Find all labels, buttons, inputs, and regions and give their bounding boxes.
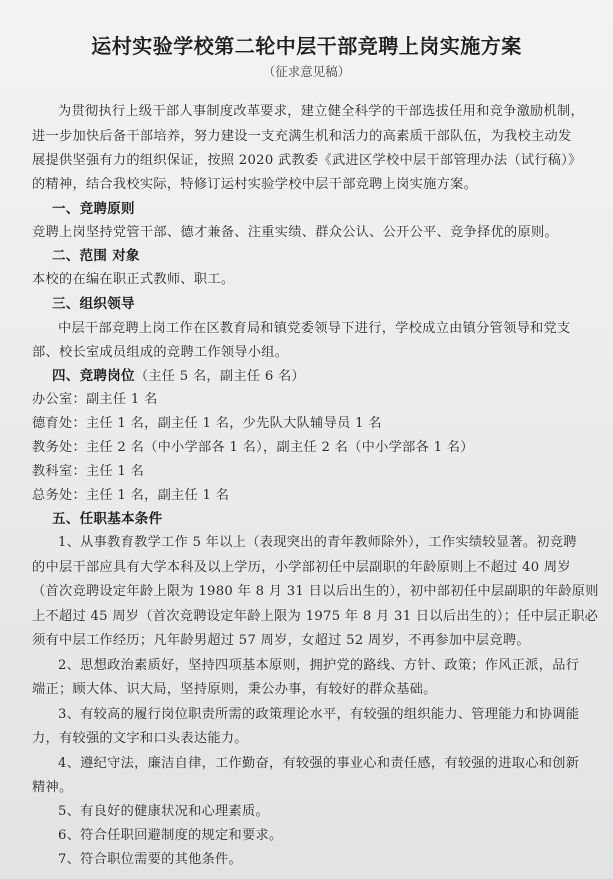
intro-line: 为贯彻执行上级干部人事制度改革要求，建立健全科学的干部选拔任用和竞争激励机制， [58, 100, 584, 119]
intro-line: 展提供坚强有力的组织保证，按照 2020 武教委《武进区学校中层干部管理办法（试… [32, 149, 582, 168]
section-line: 本校的在编在职正式教师、职工。 [32, 268, 234, 287]
condition-line: 力，有较强的文字和口头表达能力。 [32, 727, 248, 746]
condition-line: （首次竞聘设定年龄上限为 1980 年 8 月 31 日以后出生的），初中部初任… [32, 580, 599, 599]
condition-line: 2、思想政治素质好，坚持四项基本原则，拥护党的路线、方针、政策；作风正派，品行 [58, 654, 579, 673]
condition-line: 6、符合任职回避制度的规定和要求。 [58, 824, 283, 843]
position-line: 总务处：主任 1 名，副主任 1 名 [32, 484, 229, 503]
condition-line: 7、符合职位需要的其他条件。 [58, 848, 242, 867]
document-title: 运村实验学校第二轮中层干部竞聘上岗实施方案 [0, 30, 613, 59]
section-heading: 二、范围 对象 [52, 244, 140, 264]
section-heading: 四、竞聘岗位 [52, 368, 135, 384]
document-subtitle: （征求意见稿） [0, 62, 613, 80]
condition-line: 端正；顾大体、识大局，坚持原则，秉公办事，有较好的群众基础。 [32, 678, 437, 697]
intro-line: 进一步加快后备干部培养，努力建设一支充满生机和活力的高素质干部队伍，为我校主动发 [32, 125, 572, 144]
document-page: 运村实验学校第二轮中层干部竞聘上岗实施方案 （征求意见稿） 为贯彻执行上级干部人… [0, 0, 613, 879]
position-line: 办公室：副主任 1 名 [32, 388, 158, 407]
section-heading: 一、竞聘原则 [52, 197, 135, 217]
condition-line: 4、遵纪守法，廉洁自律，工作勤奋，有较强的事业心和责任感，有较强的进取心和创新 [58, 752, 579, 771]
condition-line: 上不超过 45 周岁（首次竞聘设定年龄上限为 1975 年 8 月 31 日以后… [32, 605, 598, 624]
condition-line: 精神。 [32, 776, 72, 795]
section-heading-row: 四、竞聘岗位（主任 5 名，副主任 6 名） [52, 364, 305, 384]
position-line: 德育处：主任 1 名，副主任 1 名，少先队大队辅导员 1 名 [32, 412, 382, 431]
section-line: 竞聘上岗坚持党管干部、德才兼备、注重实绩、群众公认、公开公平、竞争择优的原则。 [32, 221, 558, 240]
condition-line: 3、有较高的履行岗位职责所需的政策理论水平，有较强的组织能力、管理能力和协调能 [58, 703, 579, 722]
intro-line: 的精神，结合我校实际，特修订运村实验学校中层干部竞聘上岗实施方案。 [32, 173, 477, 192]
condition-line: 的中层干部应具有大学本科及以上学历，小学部初任中层副职的年龄原则上不超过 40 … [32, 556, 571, 575]
section-heading-note: （主任 5 名，副主任 6 名） [135, 369, 305, 384]
condition-line: 1、从事教育教学工作 5 年以上（表现突出的青年教师除外），工作实绩较显著。初竞… [58, 531, 577, 550]
section-line: 部、校长室成员组成的竞聘工作领导小组。 [32, 341, 288, 360]
condition-line: 5、有良好的健康状况和心理素质。 [58, 800, 269, 819]
position-line: 教务处：主任 2 名（中小学部各 1 名），副主任 2 名（中小学部各 1 名） [32, 436, 474, 455]
position-line: 教科室：主任 1 名 [32, 460, 144, 479]
section-heading: 五、任职基本条件 [52, 507, 162, 527]
section-heading: 三、组织领导 [52, 292, 135, 312]
section-line: 中层干部竞聘上岗工作在区教育局和镇党委领导下进行，学校成立由镇分管领导和党支 [58, 317, 571, 336]
condition-line: 须有中层工作经历；凡年龄男超过 57 周岁，女超过 52 周岁，不再参加中层竞聘… [32, 629, 530, 648]
